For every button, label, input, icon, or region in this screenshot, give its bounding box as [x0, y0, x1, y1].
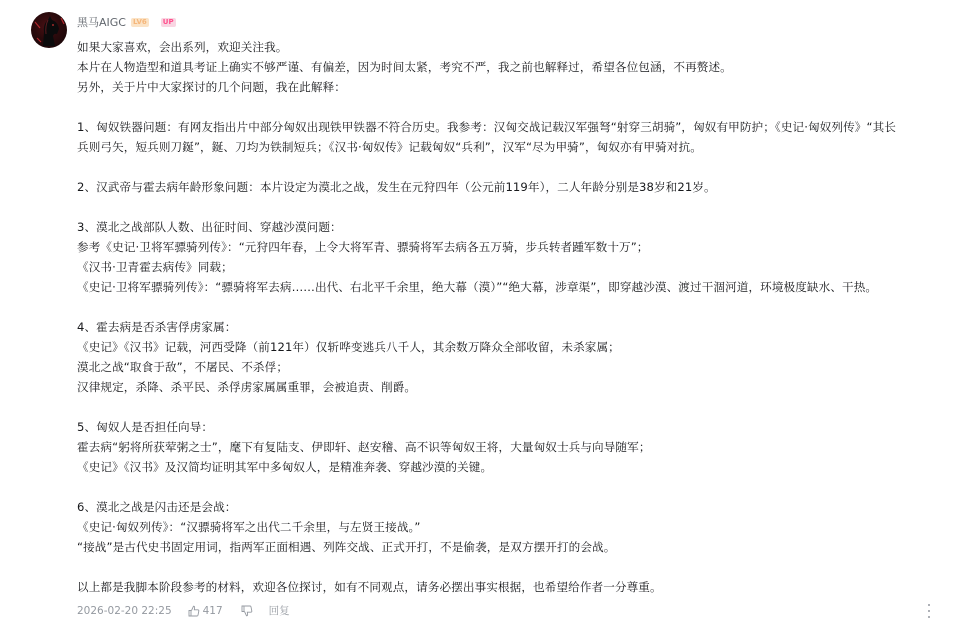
paragraph-line: 如果大家喜欢，会出系列，欢迎关注我。 — [77, 37, 947, 57]
paragraph-gap — [77, 197, 947, 217]
paragraph-gap — [77, 297, 947, 317]
paragraph-line: 《史记·卫将军骠骑列传》：“骠骑将军去病……出代、右北平千余里，绝大幕（漠）”“… — [77, 277, 947, 297]
paragraph-line: 霍去病“躬将所获荤粥之士”，麾下有复陆支、伊即轩、赵安稽、高不识等匈奴王将，大量… — [77, 437, 947, 457]
reply-button[interactable]: 回复 — [269, 603, 290, 618]
paragraph-line: 兵则弓矢，短兵则刀鋋”，鋋、刀均为铁制短兵；《汉书·匈奴传》记载匈奴“兵利”，汉… — [77, 137, 947, 157]
paragraph-line: 《史记·匈奴列传》：“汉骠骑将军之出代二千余里，与左贤王接战。” — [77, 517, 947, 537]
paragraph-line: 1、匈奴铁器问题：有网友指出片中部分匈奴出现铁甲铁器不符合历史。我参考：汉匈交战… — [77, 117, 947, 137]
more-options-button[interactable] — [925, 604, 933, 618]
author-name[interactable]: 黑马AIGC — [77, 14, 126, 30]
paragraph-gap — [77, 397, 947, 417]
like-count: 417 — [203, 605, 223, 617]
level-badge: LV6 — [131, 18, 149, 27]
more-vertical-icon — [928, 604, 930, 606]
paragraph-gap — [77, 557, 947, 577]
paragraph-line: 3、漠北之战部队人数、出征时间、穿越沙漠问题： — [77, 217, 947, 237]
paragraph-line: 2、汉武帝与霍去病年龄形象问题：本片设定为漠北之战，发生在元狩四年（公元前119… — [77, 177, 947, 197]
paragraph-line: 以上都是我脚本阶段参考的材料，欢迎各位探讨，如有不同观点，请务必摆出事实根据，也… — [77, 577, 947, 597]
paragraph-gap — [77, 157, 947, 177]
thumbs-down-icon — [241, 605, 253, 617]
like-button[interactable]: 417 — [188, 605, 223, 617]
comment-header: 黑马AIGC LV6 UP — [77, 14, 176, 30]
paragraph-line: 本片在人物造型和道具考证上确实不够严谨、有偏差，因为时间太紧，考究不严，我之前也… — [77, 57, 947, 77]
paragraph-line: 另外，关于片中大家探讨的几个问题，我在此解释： — [77, 77, 947, 97]
paragraph-line: 《史记》《汉书》及汉简均证明其军中多匈奴人，是精准奔袭、穿越沙漠的关键。 — [77, 457, 947, 477]
comment-footer: 2026-02-20 22:25 417 回复 — [77, 603, 290, 618]
paragraph-line: 漠北之战“取食于敌”，不屠民、不杀俘； — [77, 357, 947, 377]
paragraph-line: 《汉书·卫青霍去病传》同载； — [77, 257, 947, 277]
paragraph-line: “接战”是古代史书固定用词，指两军正面相遇、列阵交战、正式开打，不是偷袭，是双方… — [77, 537, 947, 557]
timestamp: 2026-02-20 22:25 — [77, 605, 172, 617]
paragraph-line: 6、漠北之战是闪击还是会战： — [77, 497, 947, 517]
comment-body: 如果大家喜欢，会出系列，欢迎关注我。 本片在人物造型和道具考证上确实不够严谨、有… — [77, 37, 947, 597]
more-vertical-icon — [928, 616, 930, 618]
paragraph-line: 《史记》《汉书》记载，河西受降（前121年）仅斩哗变逃兵八千人，其余数万降众全部… — [77, 337, 947, 357]
paragraph-line: 参考《史记·卫将军骠骑列传》：“元狩四年春，上令大将军青、骠骑将军去病各五万骑，… — [77, 237, 947, 257]
thumbs-up-icon — [188, 605, 200, 617]
paragraph-gap — [77, 97, 947, 117]
up-badge: UP — [161, 18, 176, 27]
black-horse-avatar-icon — [31, 12, 67, 48]
avatar[interactable] — [31, 12, 67, 48]
paragraph-line: 汉律规定，杀降、杀平民、杀俘虏家属属重罪，会被追责、削爵。 — [77, 377, 947, 397]
more-vertical-icon — [928, 610, 930, 612]
dislike-button[interactable] — [241, 605, 253, 617]
paragraph-line: 4、霍去病是否杀害俘虏家属： — [77, 317, 947, 337]
paragraph-line: 5、匈奴人是否担任向导： — [77, 417, 947, 437]
paragraph-gap — [77, 477, 947, 497]
